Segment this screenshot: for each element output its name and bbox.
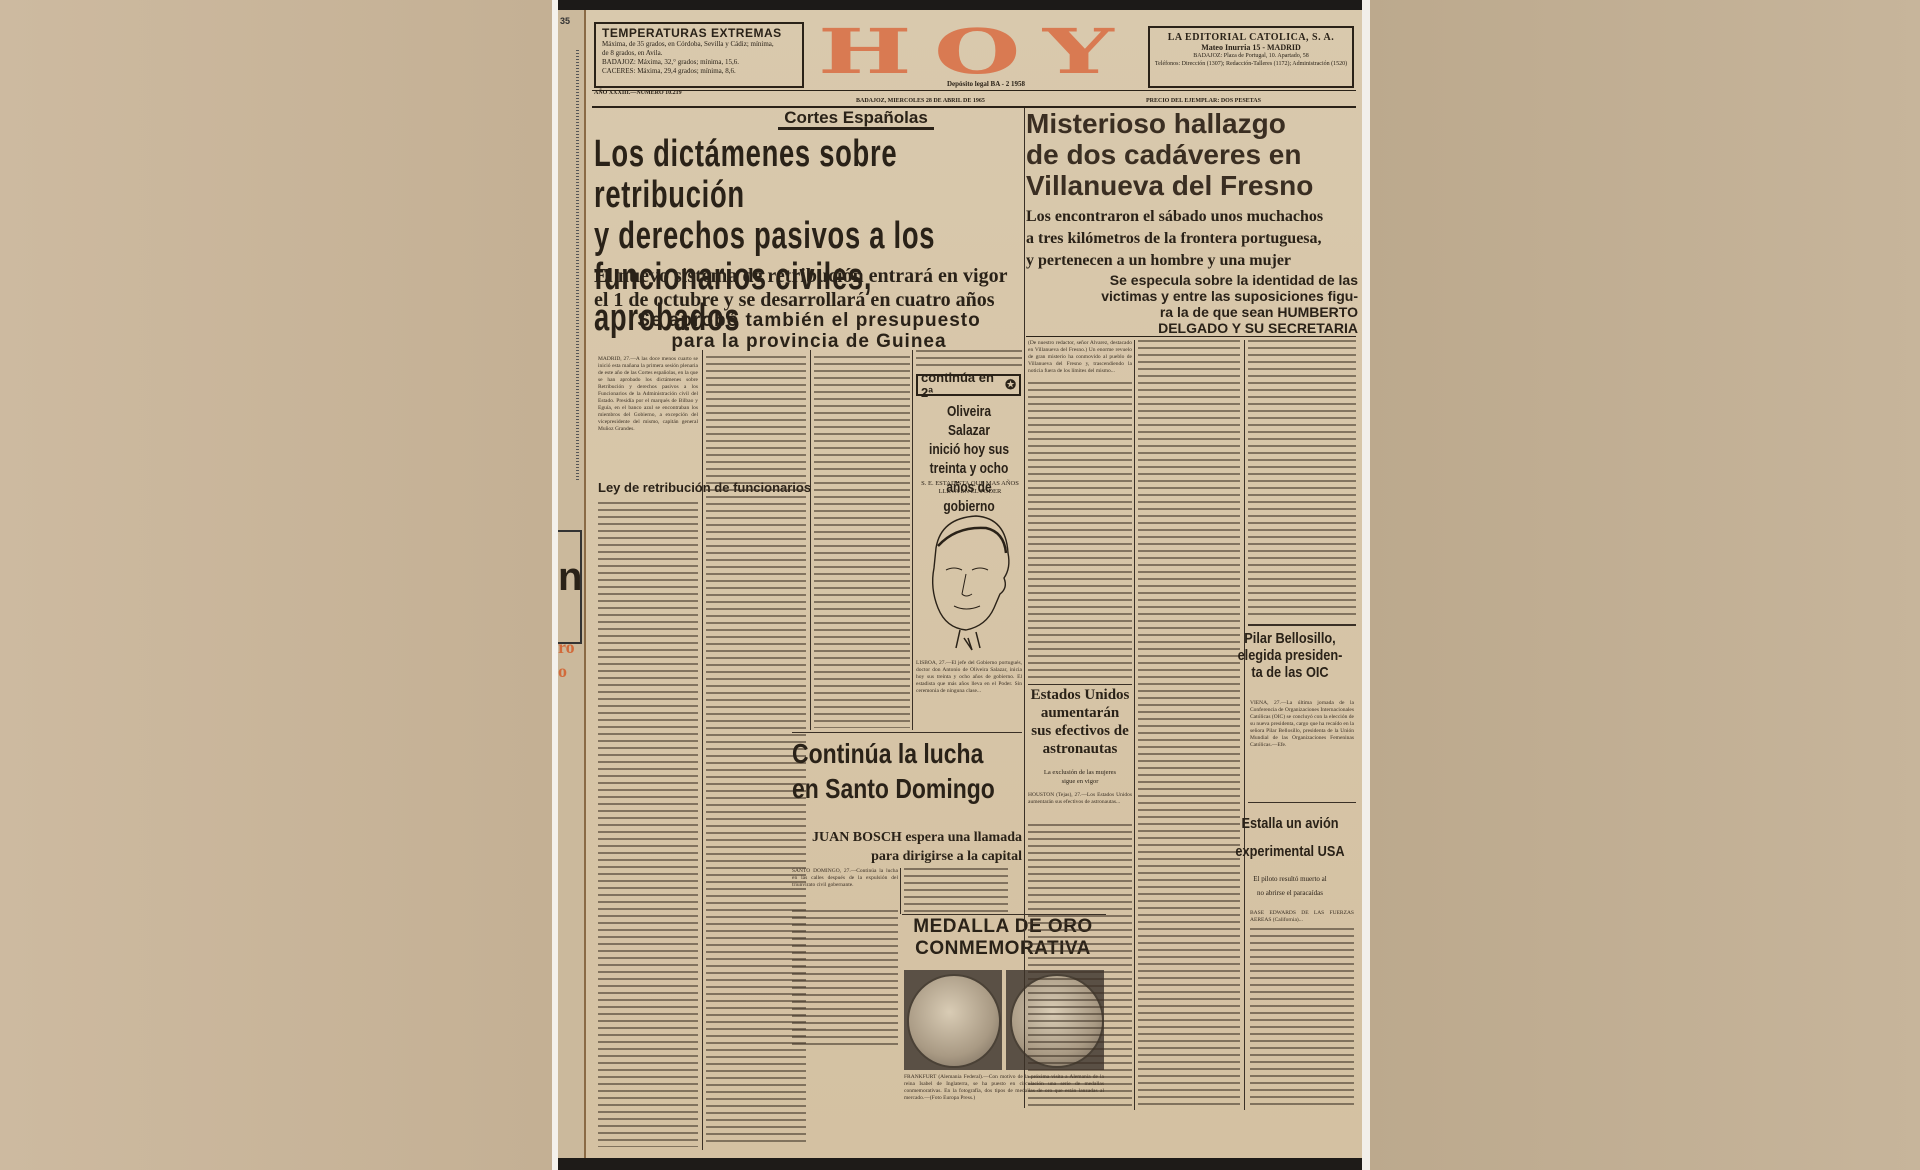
main-column-3-text — [814, 356, 910, 728]
santo-domingo-col-1 — [792, 910, 898, 1050]
masthead-rule — [592, 90, 1356, 91]
divider — [1248, 802, 1356, 803]
salazar-deck: S. E. ESTADISTA QUE MAS AÑOS LLEVA EN EL… — [916, 480, 1024, 496]
eeuu-lead: HOUSTON (Tejas), 27.—Los Estados Unidos … — [1028, 792, 1132, 822]
column-rule — [1134, 340, 1135, 1110]
santo-domingo-lead: SANTO DOMINGO, 27.—Continúa la lucha en … — [792, 868, 898, 908]
eeuu-headline: Estados Unidos aumentarán sus efectivos … — [1028, 686, 1132, 758]
price: PRECIO DEL EJEMPLAR: DOS PESETAS — [1146, 98, 1261, 104]
previous-page-red-fragment: ro o — [558, 635, 575, 683]
avion-lead: BASE EDWARDS DE LAS FUERZAS AEREAS (Cali… — [1250, 910, 1354, 926]
coin-image — [907, 974, 1001, 1068]
section-kicker: Cortes Españolas — [706, 108, 1006, 128]
eeuu-text — [1028, 824, 1132, 1110]
main-column-2-text — [706, 356, 806, 1146]
right-col-1-text — [1028, 382, 1132, 682]
column-rule — [810, 350, 811, 730]
border-right — [1362, 0, 1370, 1170]
right-lead: (De nuestro redactor, señor Alvarez, des… — [1028, 340, 1132, 380]
editorial-box: LA EDITORIAL CATOLICA, S. A. Mateo Inurr… — [1148, 26, 1354, 88]
salazar-portrait — [916, 508, 1022, 658]
dateline: BADAJOZ, MIERCOLES 28 DE ABRIL DE 1965 — [856, 98, 985, 104]
main-subheadline: El nuevo sistema de retribución entrará … — [594, 264, 1024, 312]
divider — [792, 732, 1022, 733]
newspaper-page: TEMPERATURAS EXTREMAS Máxima, de 35 grad… — [586, 10, 1362, 1158]
salazar-caption: LISBOA, 27.—El jefe del Gobierno portugu… — [916, 660, 1022, 726]
right-deck: Se especula sobre la identidad de las vi… — [1026, 272, 1358, 336]
avion-headline: Estalla un avión experimental USA — [1232, 810, 1348, 866]
previous-page-edge: 35 n ro o — [558, 10, 587, 1158]
background-left — [0, 0, 552, 1170]
background-right — [1368, 0, 1920, 1170]
salazar-headline: Oliveira Salazar inició hoy sus treinta … — [925, 402, 1013, 516]
right-col-2-text — [1138, 340, 1240, 1110]
pilar-headline: Pilar Bellosillo, elegida presiden- ta d… — [1232, 630, 1348, 681]
medal-photo-left — [904, 970, 1002, 1070]
right-col-3-text — [1248, 340, 1356, 620]
avion-text — [1250, 928, 1354, 1108]
avion-subheadline: El piloto resultó muerto al no abrirse e… — [1222, 872, 1358, 900]
previous-page-text-strip — [576, 50, 579, 480]
santo-domingo-col-2 — [904, 868, 1008, 912]
divider — [1028, 684, 1132, 685]
eeuu-subheadline: La exclusión de las mujeres sigue en vig… — [1028, 768, 1132, 786]
main-lead-paragraph: MADRID, 27.—A las doce menos cuarto se i… — [598, 356, 698, 466]
santo-domingo-subheadline: JUAN BOSCH espera una llamada para dirig… — [792, 828, 1022, 866]
divider — [1248, 624, 1356, 626]
main-deck: Se aprobó también el presupuesto para la… — [594, 310, 1024, 352]
column-rule — [900, 868, 901, 914]
top-shadow — [558, 0, 1362, 10]
issue-number: AÑO XXXIII.—NUMERO 10.219 — [594, 90, 682, 96]
column-rule — [702, 350, 703, 1150]
bottom-shadow — [558, 1158, 1362, 1170]
continued-on-page-2: continúa en 2ª ✪ — [916, 374, 1021, 396]
salazar-upper-text — [916, 350, 1022, 370]
right-headline: Misterioso hallazgo de dos cadáveres en … — [1026, 108, 1358, 201]
right-subheadline: Los encontraron el sábado unos muchachos… — [1026, 206, 1358, 272]
pilar-text: VIENA, 27.—La última jornada de la Confe… — [1250, 700, 1354, 796]
star-icon: ✪ — [1005, 377, 1016, 393]
previous-page-fragment: n — [558, 555, 582, 600]
column-rule — [1244, 340, 1245, 1110]
column-rule — [1024, 108, 1025, 1108]
column-rule — [912, 350, 913, 730]
previous-page-number: 35 — [560, 16, 570, 26]
santo-domingo-headline: Continúa la lucha en Santo Domingo — [792, 736, 1022, 806]
legal-deposit: Depósito legal BA - 2 1958 — [886, 80, 1086, 88]
divider — [1026, 336, 1356, 337]
main-column-1-text — [598, 502, 698, 1147]
